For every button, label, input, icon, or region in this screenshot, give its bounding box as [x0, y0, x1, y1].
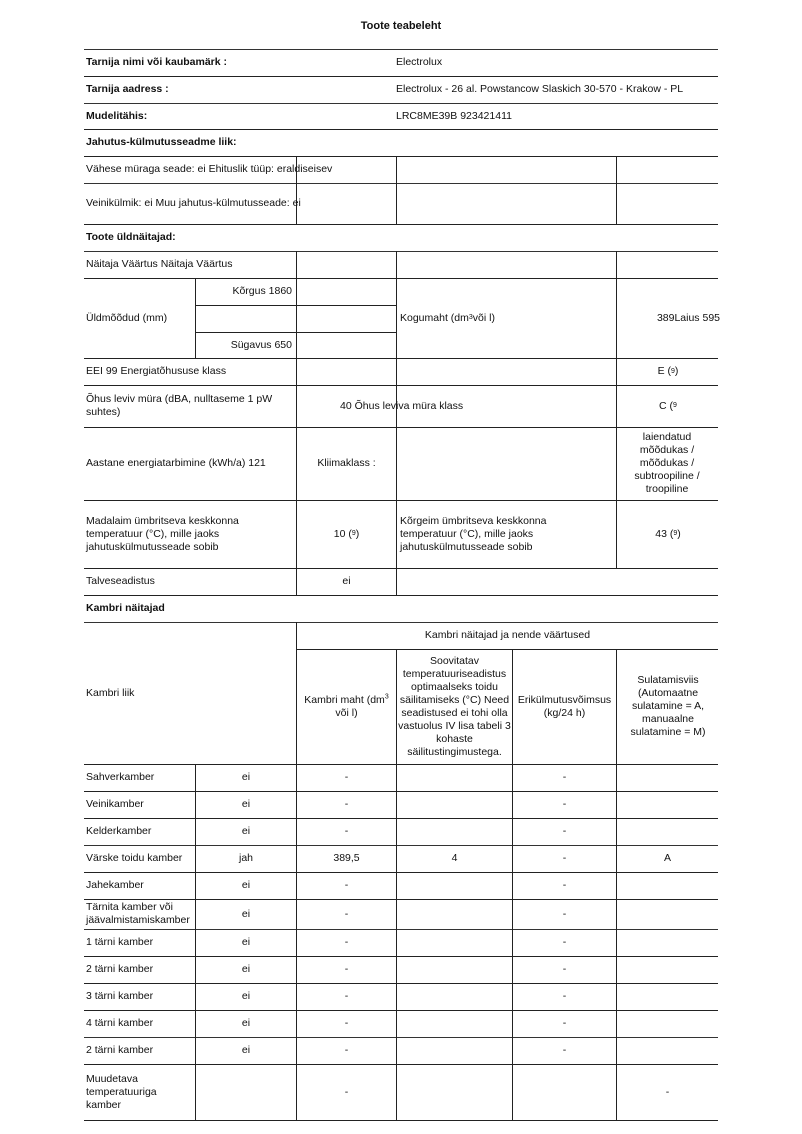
compartment-present-cell: ei	[196, 1010, 296, 1037]
col-temp-header: Soovitatav temperatuuriseadistus optimaa…	[397, 649, 512, 764]
model-value: LRC8ME39B 923421411	[394, 103, 714, 129]
compartment-volume-cell: -	[297, 956, 396, 983]
compartment-temp-cell	[397, 899, 512, 929]
compartment-temp-cell	[397, 818, 512, 845]
compartment-defrost-cell	[617, 983, 718, 1010]
energy-class: E (9)	[618, 358, 718, 385]
compartment-defrost-cell	[617, 764, 718, 791]
compartment-name-cell: 1 tärni kamber	[84, 929, 194, 956]
col-volume-text: Kambri maht (dm	[304, 694, 385, 706]
appliance-type-heading: Jahutus-külmutusseadme liik:	[84, 129, 484, 156]
noise-class: C (9	[618, 385, 718, 427]
compartment-volume-cell: -	[297, 818, 396, 845]
supplier-address-label: Tarnija aadress :	[84, 76, 384, 103]
compartment-present-cell: ei	[196, 1037, 296, 1064]
compartment-temp-cell	[397, 764, 512, 791]
compartments-group-header: Kambri näitajad ja nende väärtused	[297, 622, 718, 649]
compartment-defrost-cell	[617, 872, 718, 899]
general-header-row: Näitaja Väärtus Näitaja Väärtus	[84, 251, 294, 278]
compartment-volume-cell: -	[297, 764, 396, 791]
noise-label: Õhus leviv müra (dBA, nulltaseme 1 pW su…	[84, 385, 294, 427]
compartment-present-cell	[196, 1064, 296, 1120]
compartment-volume-cell: -	[297, 1037, 396, 1064]
compartment-freeze-cell: -	[513, 845, 616, 872]
compartment-freeze-cell: -	[513, 899, 616, 929]
compartment-temp-cell	[397, 956, 512, 983]
winter-label: Talveseadistus	[84, 568, 294, 595]
col-divider	[512, 649, 513, 1120]
col-divider	[396, 649, 397, 1120]
annual-energy-label: Aastane energiatarbimine (kWh/a) 121	[84, 427, 294, 500]
compartment-present-cell: jah	[196, 845, 296, 872]
compartment-defrost-cell	[617, 956, 718, 983]
compartment-freeze-cell: -	[513, 818, 616, 845]
climate-label: Kliimaklass :	[297, 427, 396, 500]
compartment-volume-cell: -	[297, 983, 396, 1010]
compartment-defrost-cell: A	[617, 845, 718, 872]
compartment-freeze-cell: -	[513, 764, 616, 791]
compartment-present-cell: ei	[196, 929, 296, 956]
compartment-name-cell: Värske toidu kamber	[84, 845, 194, 872]
min-temp-end: )	[356, 528, 360, 541]
compartment-name-cell: Veinikamber	[84, 791, 194, 818]
total-volume-label-text: Kogumaht (dm	[400, 312, 469, 325]
compartment-name-cell: Tärnita kamber või jäävalmistamiskamber	[84, 899, 194, 929]
compartment-temp-cell: 4	[397, 845, 512, 872]
low-noise-row: Vähese müraga seade: ei Ehituslik tüüp: …	[84, 156, 484, 183]
compartment-defrost-cell	[617, 929, 718, 956]
col-divider	[296, 622, 297, 1120]
compartment-freeze-cell: -	[513, 956, 616, 983]
compartment-present-cell: ei	[196, 983, 296, 1010]
model-label: Mudelitähis:	[84, 103, 384, 129]
climate-value: laiendatud mõõdukas / mõõdukas / subtroo…	[622, 427, 712, 500]
compartment-temp-cell	[397, 1064, 512, 1120]
compartment-present-cell: ei	[196, 791, 296, 818]
max-temp-end: )	[677, 528, 681, 541]
compartment-volume-cell: -	[297, 929, 396, 956]
compartment-defrost-cell	[617, 818, 718, 845]
compartment-temp-cell	[397, 929, 512, 956]
compartment-volume-cell: -	[297, 872, 396, 899]
compartment-temp-cell	[397, 872, 512, 899]
compartment-defrost-cell	[617, 899, 718, 929]
min-temp-value: 10 (9)	[297, 500, 396, 568]
dimensions-label: Üldmõõdud (mm)	[84, 278, 194, 358]
compartment-defrost-cell	[617, 791, 718, 818]
compartment-volume-cell: -	[297, 791, 396, 818]
general-heading: Toote üldnäitajad:	[84, 224, 484, 251]
compartment-name-cell: Kelderkamber	[84, 818, 194, 845]
col-volume-end: või l)	[335, 707, 357, 719]
compartment-freeze-cell	[513, 1064, 616, 1120]
depth-value: Sügavus 650	[196, 332, 296, 358]
height-value: Kõrgus 1860	[196, 278, 296, 305]
compartment-volume-cell: 389,5	[297, 845, 396, 872]
compartment-name-cell: 4 tärni kamber	[84, 1010, 194, 1037]
col-defrost-header: Sulatamisviis (Automaatne sulatamine = A…	[624, 649, 712, 764]
compartment-name-cell: 3 tärni kamber	[84, 983, 194, 1010]
compartment-volume-cell: -	[297, 1064, 396, 1120]
compartment-freeze-cell: -	[513, 1037, 616, 1064]
compartment-temp-cell	[397, 791, 512, 818]
col-volume-header: Kambri maht (dm3 või l)	[297, 649, 396, 764]
supplier-name-label: Tarnija nimi või kaubamärk :	[84, 49, 384, 76]
energy-class-end: )	[675, 365, 679, 378]
divider	[84, 1120, 718, 1121]
supplier-address-value: Electrolux - 26 al. Powstancow Slaskich …	[394, 76, 718, 103]
eei-label: EEI 99 Energiatõhususe klass	[84, 358, 294, 385]
compartment-name-cell: Sahverkamber	[84, 764, 194, 791]
compartments-heading: Kambri näitajad	[84, 595, 384, 622]
min-temp-label: Madalaim ümbritseva keskkonna temperatuu…	[84, 500, 284, 568]
col-type-header: Kambri liik	[84, 622, 294, 764]
compartment-defrost-cell	[617, 1010, 718, 1037]
winter-value: ei	[297, 568, 396, 595]
compartment-freeze-cell: -	[513, 929, 616, 956]
supplier-name-value: Electrolux	[394, 49, 714, 76]
compartment-freeze-cell: -	[513, 983, 616, 1010]
compartment-name-cell: 2 tärni kamber	[84, 956, 194, 983]
compartment-defrost-cell: -	[617, 1064, 718, 1120]
compartment-volume-cell: -	[297, 1010, 396, 1037]
energy-class-text: E (	[658, 365, 671, 378]
compartment-volume-cell: -	[297, 899, 396, 929]
compartment-present-cell: ei	[196, 899, 296, 929]
compartment-present-cell: ei	[196, 956, 296, 983]
compartment-freeze-cell: -	[513, 791, 616, 818]
col-divider	[616, 649, 617, 1120]
compartment-present-cell: ei	[196, 818, 296, 845]
max-temp-text: 43 (	[655, 528, 673, 541]
noise-value: 40 Õhus leviva müra klass	[338, 385, 598, 427]
col-divider	[296, 251, 297, 595]
compartment-freeze-cell: -	[513, 1010, 616, 1037]
col-divider	[195, 764, 196, 1120]
max-temp-value: 43 (9)	[618, 500, 718, 568]
compartment-present-cell: ei	[196, 764, 296, 791]
max-temp-label: Kõrgeim ümbritseva keskkonna temperatuur…	[398, 500, 588, 568]
total-volume-value: 389Laius 595	[618, 278, 720, 358]
noise-class-text: C (	[659, 400, 673, 413]
min-temp-text: 10 (	[334, 528, 352, 541]
compartment-temp-cell	[397, 1010, 512, 1037]
page-title: Toote teabeleht	[0, 20, 802, 32]
wine-cooler-row: Veinikülmik: ei Muu jahutus-külmutussead…	[84, 183, 484, 224]
compartment-name-cell: Jahekamber	[84, 872, 194, 899]
col-freeze-header: Erikülmutusvõimsus (kg/24 h)	[513, 649, 616, 764]
compartment-present-cell: ei	[196, 872, 296, 899]
compartment-name-cell: 2 tärni kamber	[84, 1037, 194, 1064]
total-volume-label: Kogumaht (dm3või l)	[398, 278, 614, 358]
total-volume-label-end: või l)	[473, 312, 495, 325]
compartment-freeze-cell: -	[513, 872, 616, 899]
col-divider	[195, 278, 196, 358]
compartment-defrost-cell	[617, 1037, 718, 1064]
compartment-temp-cell	[397, 983, 512, 1010]
compartment-name-cell: Muudetava temperatuuriga kamber	[84, 1064, 194, 1120]
compartment-temp-cell	[397, 1037, 512, 1064]
col-divider	[616, 251, 617, 568]
col-divider	[616, 156, 617, 224]
superscript: 3	[385, 693, 389, 700]
